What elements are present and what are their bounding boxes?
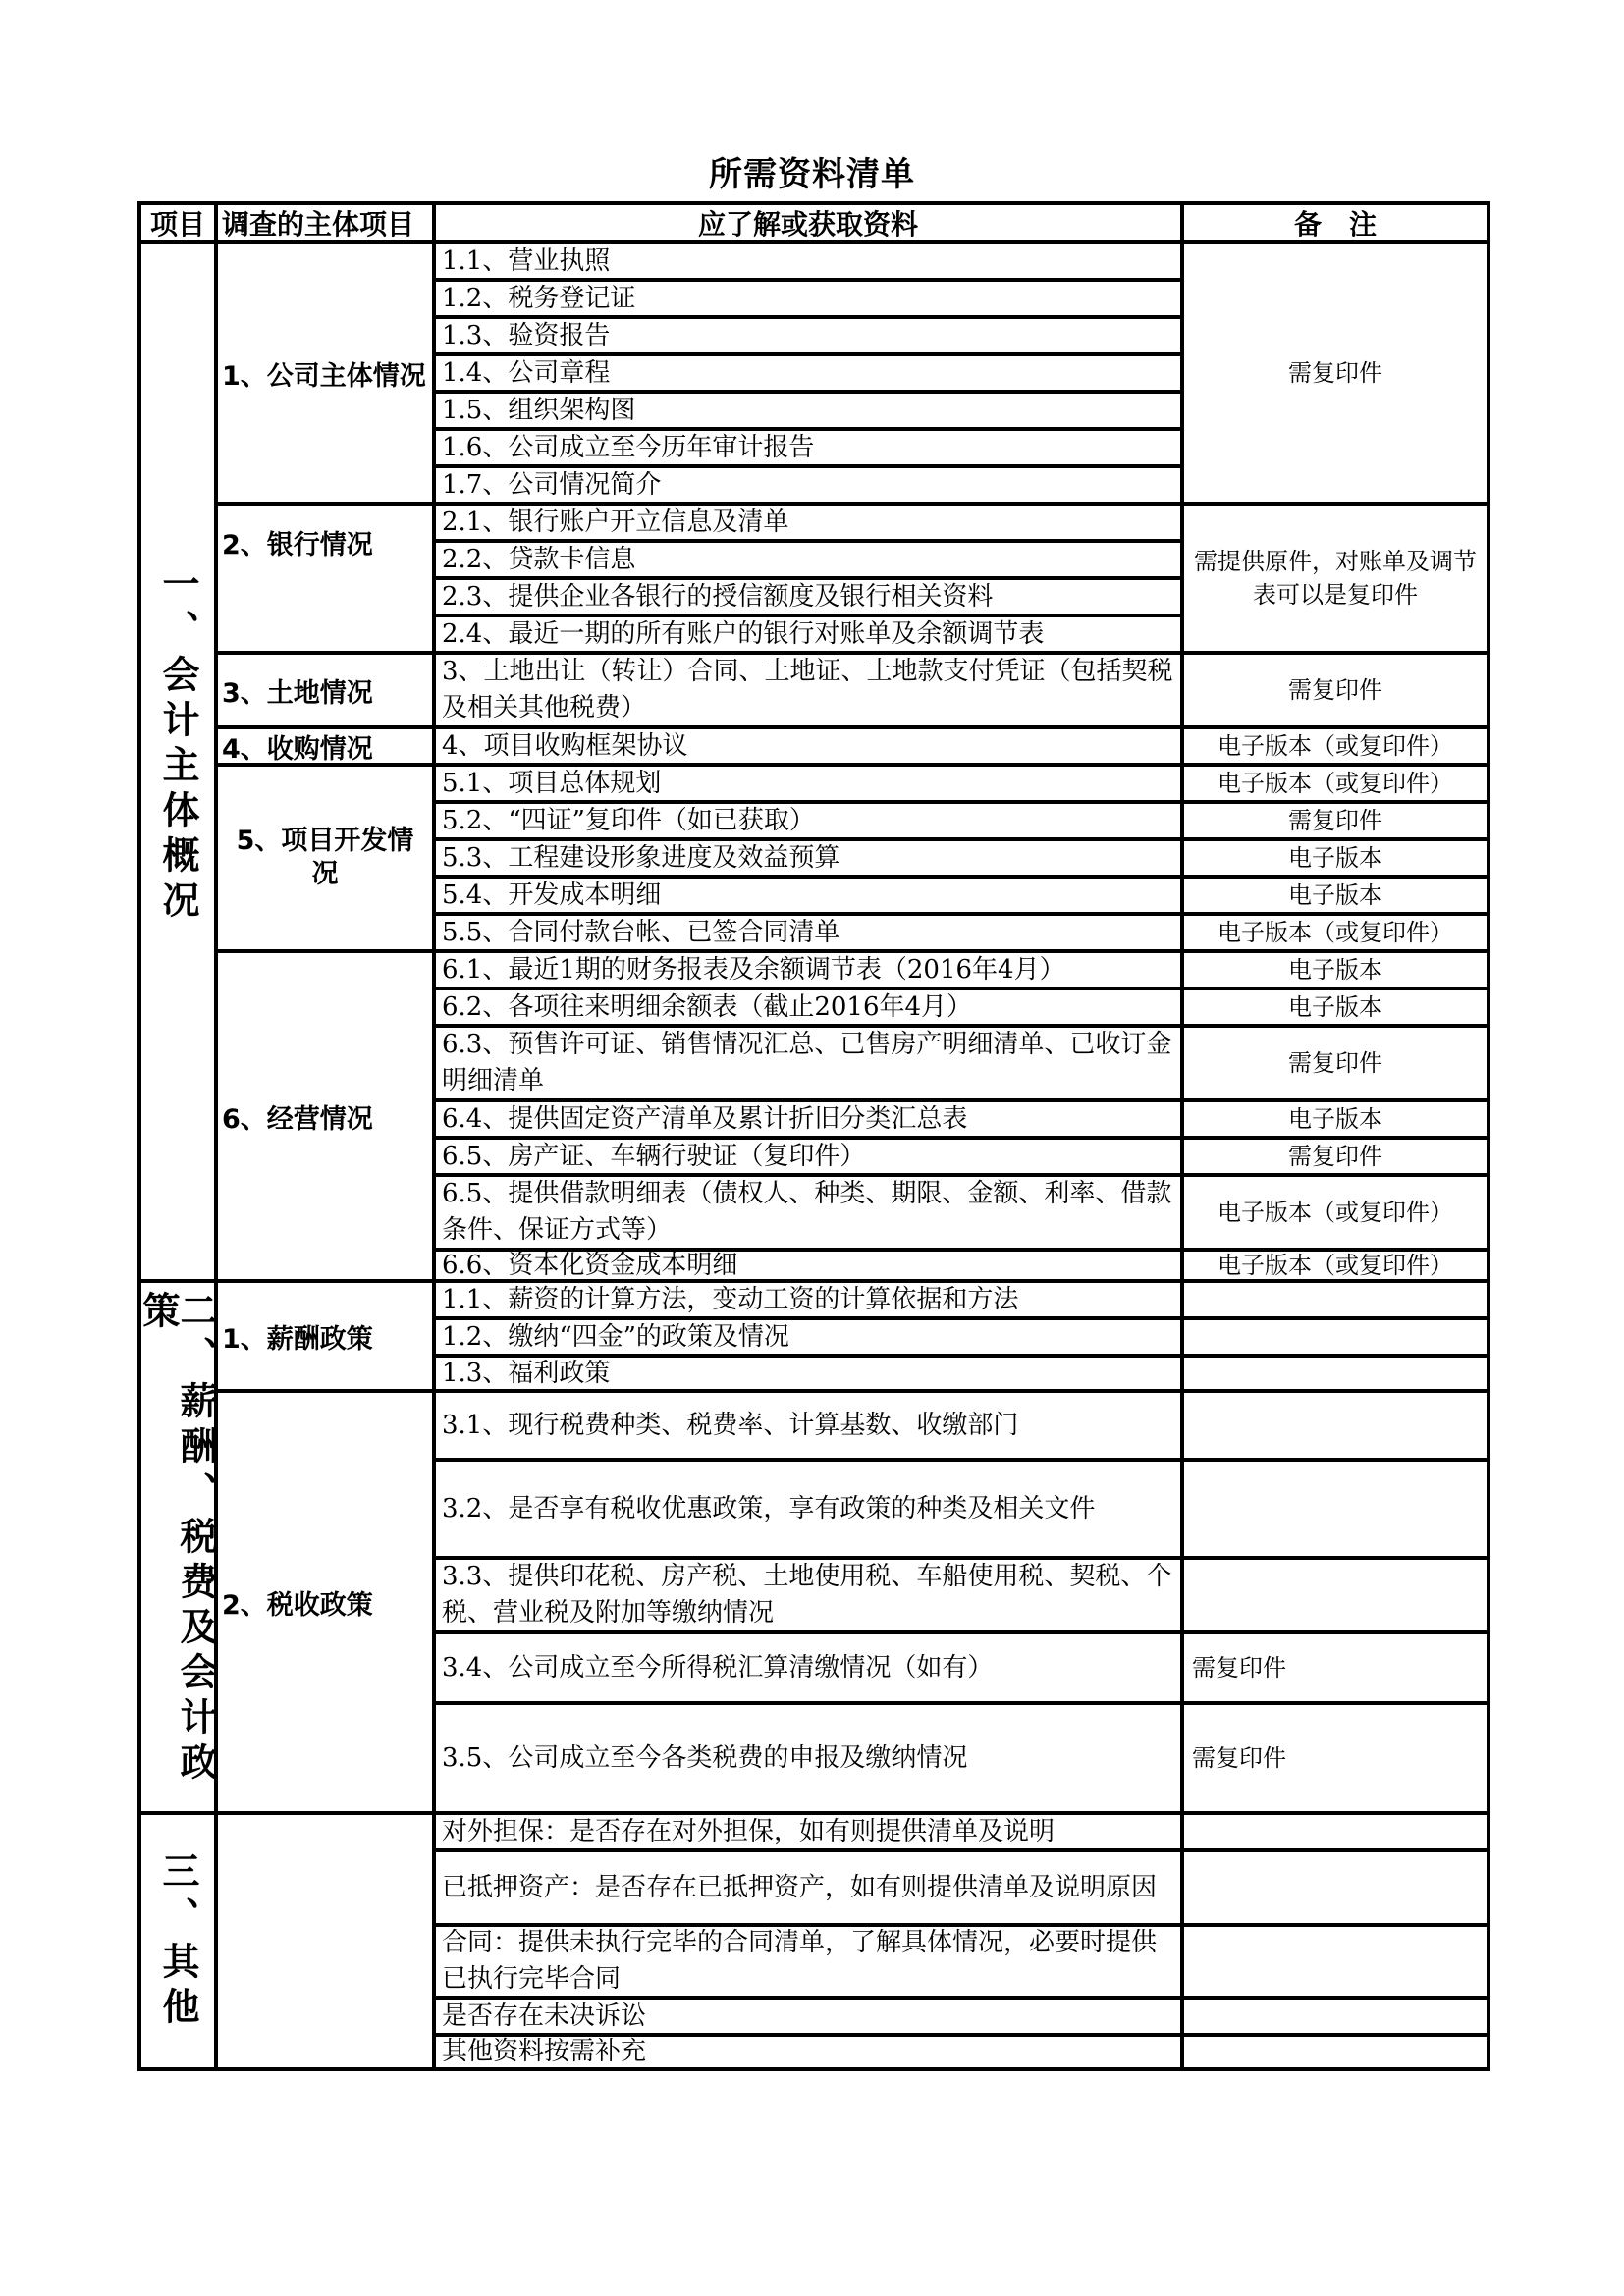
list-item: 3.4、公司成立至今所得税汇算清缴情况（如有） [436, 1634, 1180, 1701]
remark: 电子版本（或复印件） [1184, 767, 1487, 800]
list-item: 6.1、最近1期的财务报表及余额调节表（2016年4月） [436, 953, 1180, 987]
list-item: 3.3、提供印花税、房产税、土地使用税、车船使用税、契税、个税、营业税及附加等缴… [436, 1560, 1180, 1630]
list-item: 3.1、现行税费种类、税费率、计算基数、收缴部门 [436, 1393, 1180, 1458]
section-label-other: 三、其他 [141, 1815, 214, 2067]
remark: 需提供原件，对账单及调节表可以是复印件 [1184, 506, 1487, 651]
list-item: 6.2、各项往来明细余额表（截止2016年4月） [436, 990, 1180, 1024]
list-item: 2.1、银行账户开立信息及清单 [436, 506, 1180, 539]
remark: 电子版本（或复印件） [1184, 1252, 1487, 1279]
list-item: 1.6、公司成立至今历年审计报告 [436, 431, 1180, 464]
list-item: 5.2、“四证”复印件（如已获取） [436, 804, 1180, 837]
list-item: 1.2、税务登记证 [436, 282, 1180, 315]
group-label-land: 3、土地情况 [218, 655, 432, 725]
remark: 需复印件 [1184, 244, 1487, 502]
remark: 电子版本 [1184, 953, 1487, 987]
list-item: 合同：提供未执行完毕的合同清单，了解具体情况，必要时提供已执行完毕合同 [436, 1927, 1180, 1996]
remark: 需复印件 [1184, 1028, 1487, 1098]
remark: 需复印件 [1184, 1705, 1487, 1811]
list-item: 1.3、验资报告 [436, 319, 1180, 352]
remark: 需复印件 [1184, 1634, 1487, 1701]
list-item: 3.2、是否享有税收优惠政策，享有政策的种类及相关文件 [436, 1462, 1180, 1556]
remark: 电子版本（或复印件） [1184, 1177, 1487, 1248]
group-label-company: 1、公司主体情况 [218, 244, 432, 502]
header-remarks: 备 注 [1184, 205, 1487, 240]
list-item: 1.2、缴纳“四金”的政策及情况 [436, 1320, 1180, 1354]
group-label-operations: 6、经营情况 [218, 953, 432, 1279]
section-label-accounting-entity: 一、会计主体概况 [141, 401, 214, 1089]
group-label-bank: 2、银行情况 [218, 506, 432, 578]
list-item: 6.5、房产证、车辆行驶证（复印件） [436, 1140, 1180, 1173]
remark: 电子版本 [1184, 841, 1487, 875]
remark: 电子版本 [1184, 1102, 1487, 1136]
list-item: 5.4、开发成本明细 [436, 879, 1180, 912]
list-item: 6.6、资本化资金成本明细 [436, 1252, 1180, 1279]
group-label-acquisition: 4、收购情况 [218, 729, 432, 763]
list-item: 6.4、提供固定资产清单及累计折旧分类汇总表 [436, 1102, 1180, 1136]
list-item: 3、土地出让（转让）合同、土地证、土地款支付凭证（包括契税及相关其他税费） [436, 655, 1180, 725]
header-materials: 应了解或获取资料 [436, 205, 1180, 240]
list-item: 1.3、福利政策 [436, 1358, 1180, 1389]
list-item: 1.1、营业执照 [436, 244, 1180, 278]
list-item: 6.3、预售许可证、销售情况汇总、已售房产明细清单、已收订金明细清单 [436, 1028, 1180, 1098]
list-item: 对外担保：是否存在对外担保，如有则提供清单及说明 [436, 1815, 1180, 1848]
header-item: 项目 [141, 205, 214, 240]
list-item: 2.2、贷款卡信息 [436, 543, 1180, 576]
list-item: 2.3、提供企业各银行的授信额度及银行相关资料 [436, 580, 1180, 614]
list-item: 1.4、公司章程 [436, 356, 1180, 390]
remark [1184, 1560, 1487, 1630]
list-item: 4、项目收购框架协议 [436, 729, 1180, 763]
remark: 电子版本 [1184, 879, 1487, 912]
list-item: 已抵押资产：是否存在已抵押资产，如有则提供清单及说明原因 [436, 1852, 1180, 1923]
list-item: 1.5、组织架构图 [436, 394, 1180, 427]
list-item: 2.4、最近一期的所有账户的银行对账单及余额调节表 [436, 617, 1180, 651]
group-label-compensation: 1、薪酬政策 [218, 1283, 432, 1389]
group-label-tax: 2、税收政策 [218, 1393, 432, 1811]
list-item: 1.1、薪资的计算方法，变动工资的计算依据和方法 [436, 1283, 1180, 1316]
remark: 需复印件 [1184, 655, 1487, 725]
list-item: 5.1、项目总体规划 [436, 767, 1180, 800]
list-item: 6.5、提供借款明细表（债权人、种类、期限、金额、利率、借款条件、保证方式等） [436, 1177, 1180, 1248]
list-item: 5.3、工程建设形象进度及效益预算 [436, 841, 1180, 875]
list-item: 其他资料按需补充 [436, 2037, 1180, 2067]
remark: 电子版本 [1184, 990, 1487, 1024]
list-item: 1.7、公司情况简介 [436, 468, 1180, 502]
remark [1184, 1393, 1487, 1458]
list-item: 3.5、公司成立至今各类税费的申报及缴纳情况 [436, 1705, 1180, 1811]
group-label-other [218, 1815, 432, 2067]
header-subject: 调查的主体项目 [218, 205, 432, 240]
remark: 需复印件 [1184, 1140, 1487, 1173]
section-label-policies: 二、薪酬、税费及会计政策 [141, 1283, 214, 1813]
remark [1184, 1462, 1487, 1556]
remark: 电子版本（或复印件） [1184, 729, 1487, 763]
remark: 电子版本（或复印件） [1184, 916, 1487, 949]
list-item: 是否存在未决诉讼 [436, 2000, 1180, 2033]
group-label-project-development: 5、项目开发情况 [218, 767, 432, 949]
remark: 需复印件 [1184, 804, 1487, 837]
list-item: 5.5、合同付款台帐、已签合同清单 [436, 916, 1180, 949]
materials-table: 项目 调查的主体项目 应了解或获取资料 备 注 一、会计主体概况 1、公司主体情… [137, 201, 1490, 2071]
document-title: 所需资料清单 [0, 147, 1624, 195]
